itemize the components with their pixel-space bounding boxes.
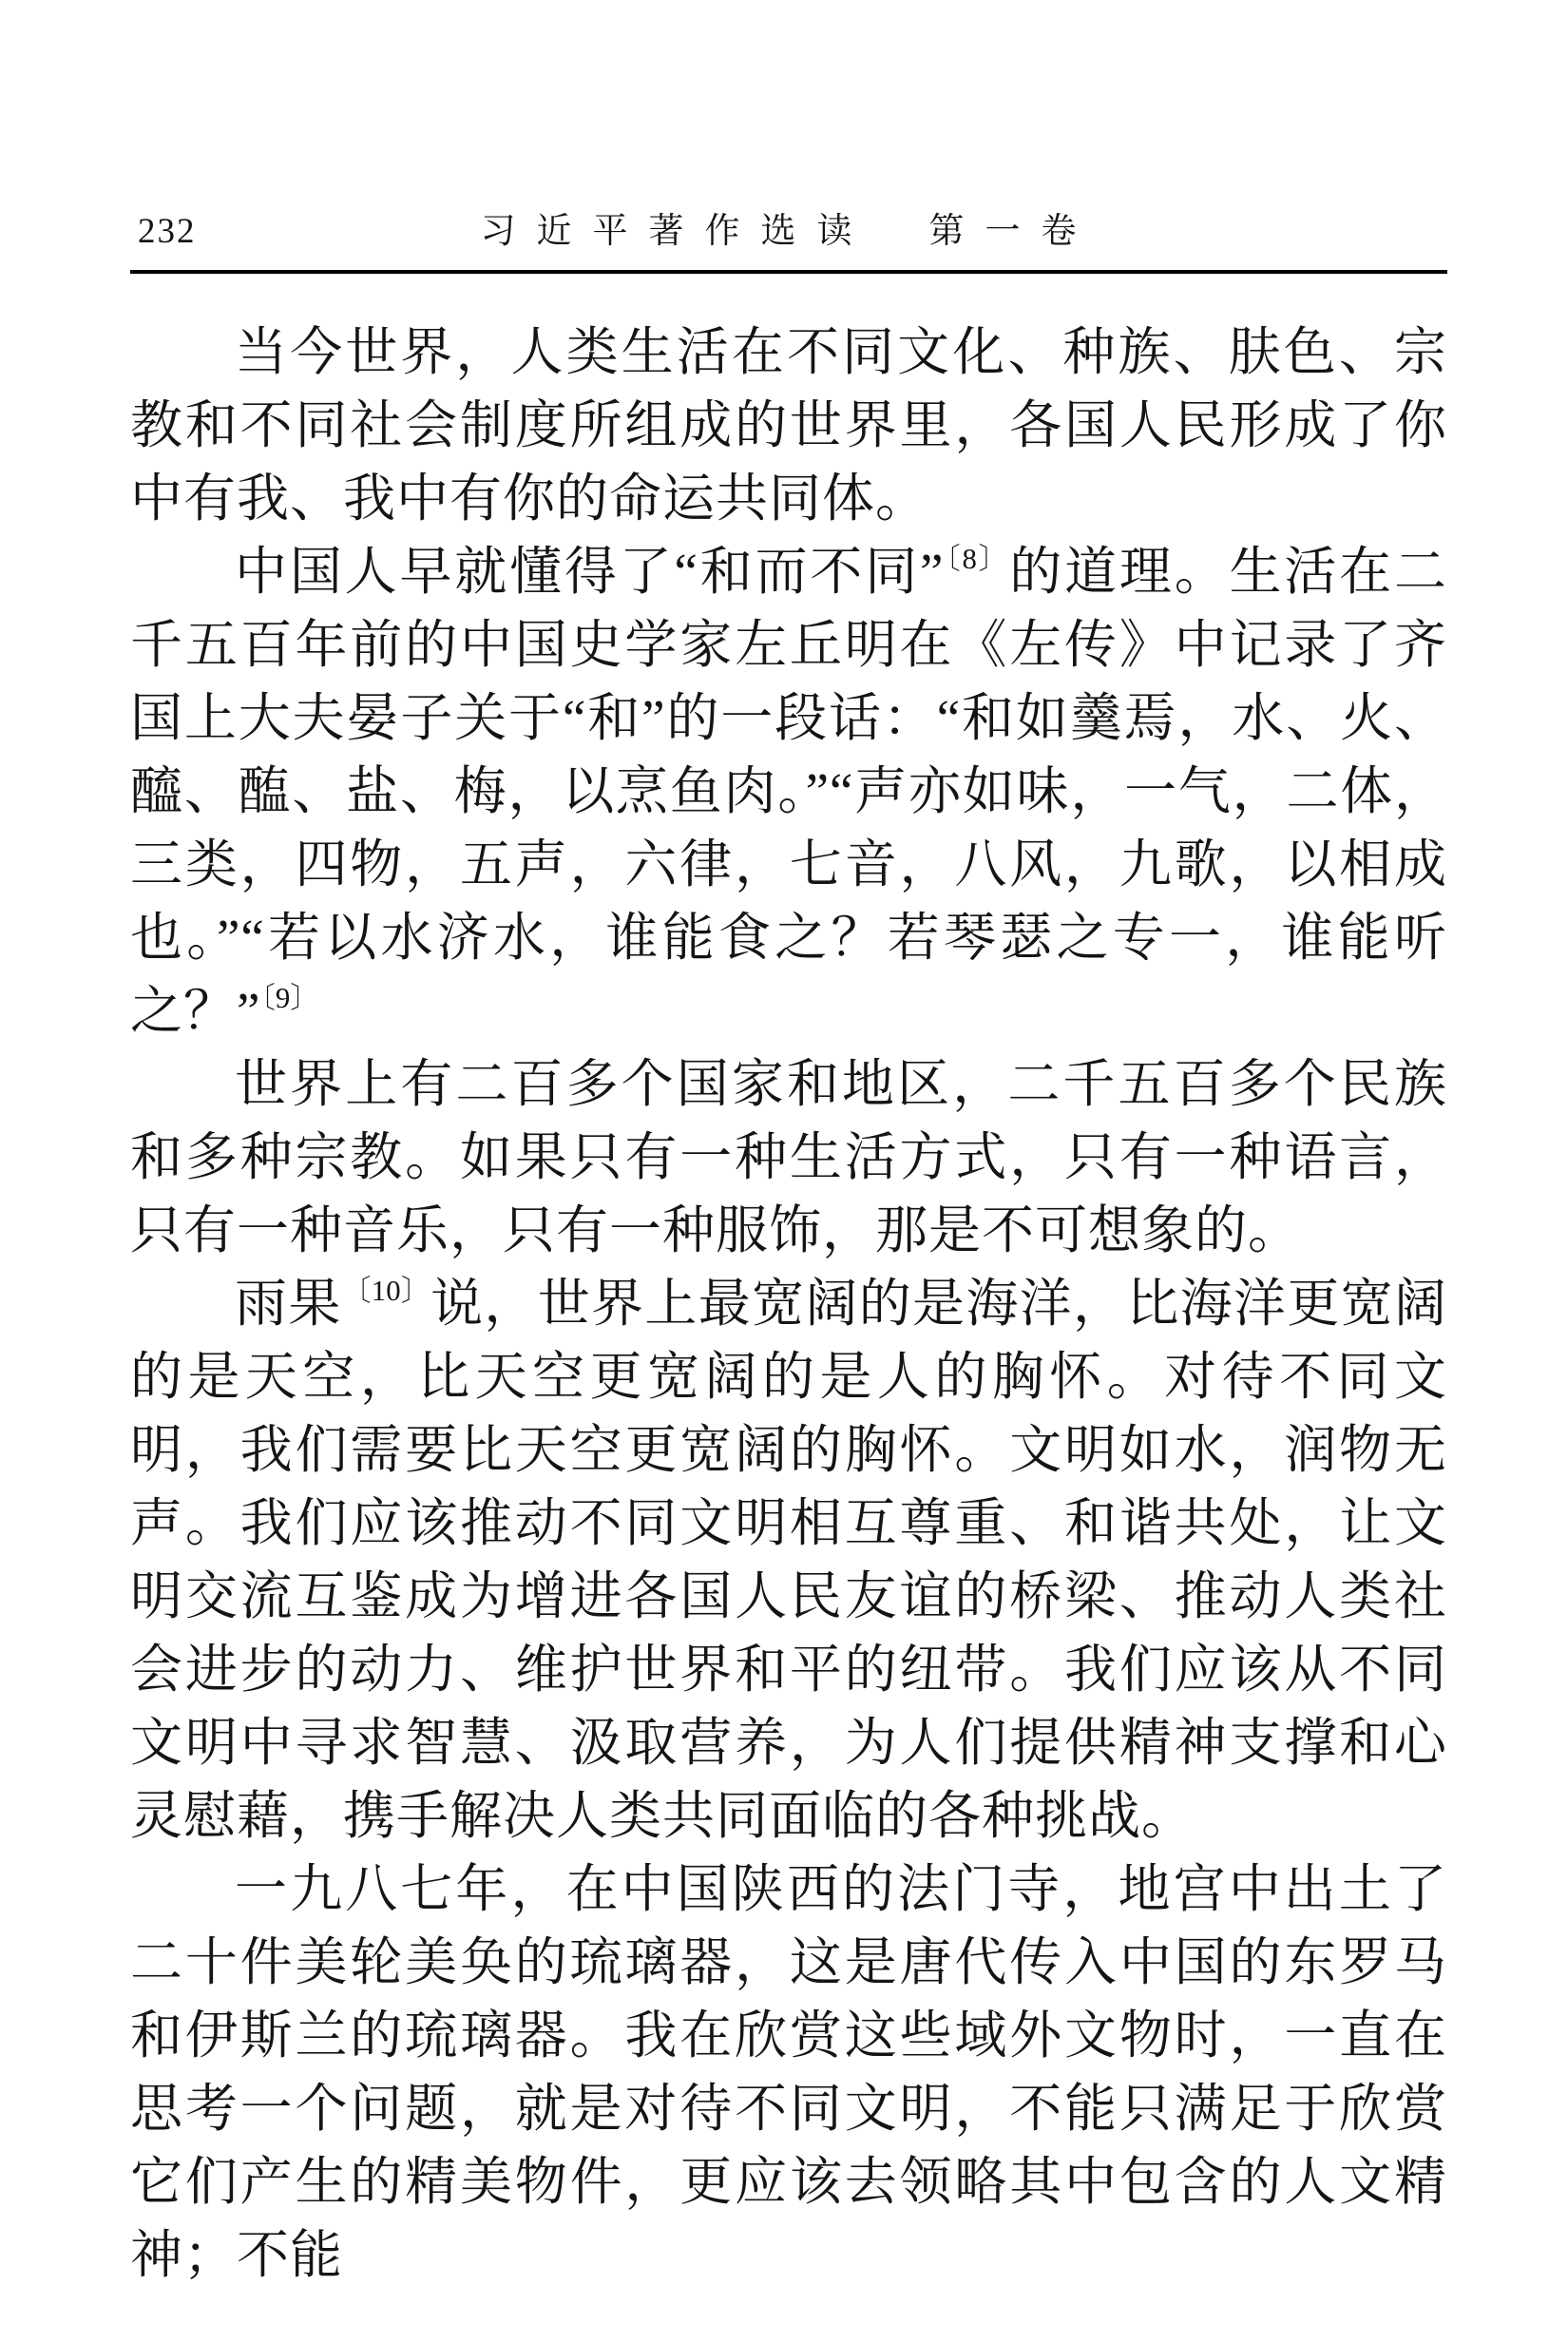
header-rule — [130, 270, 1447, 274]
book-page: 232 习近平著作选读 第一卷 当今世界，人类生活在不同文化、种族、肤色、宗教和… — [0, 0, 1568, 2343]
footnote-marker: 〔10〕 — [342, 1275, 430, 1307]
page-header: 232 习近平著作选读 第一卷 — [130, 211, 1447, 253]
paragraph-text: 雨果 — [235, 1275, 342, 1333]
paragraph: 世界上有二百多个国家和地区，二千五百多个民族和多种宗教。如果只有一种生活方式，只… — [130, 1047, 1447, 1267]
footnote-marker: 〔8〕 — [944, 543, 1009, 575]
paragraph: 当今世界，人类生活在不同文化、种族、肤色、宗教和不同社会制度所组成的世界里，各国… — [130, 316, 1447, 535]
page-body: 当今世界，人类生活在不同文化、种族、肤色、宗教和不同社会制度所组成的世界里，各国… — [130, 316, 1447, 2292]
paragraph-text: 当今世界，人类生活在不同文化、种族、肤色、宗教和不同社会制度所组成的世界里，各国… — [130, 323, 1447, 528]
paragraph-text: 一九八七年，在中国陕西的法门寺，地宫中出土了二十件美轮美奂的琉璃器，这是唐代传入… — [130, 1860, 1447, 2284]
paragraph-text: 世界上有二百多个国家和地区，二千五百多个民族和多种宗教。如果只有一种生活方式，只… — [130, 1055, 1447, 1259]
paragraph: 一九八七年，在中国陕西的法门寺，地宫中出土了二十件美轮美奂的琉璃器，这是唐代传入… — [130, 1853, 1447, 2292]
paragraph: 雨果〔10〕说，世界上最宽阔的是海洋，比海洋更宽阔的是天空，比天空更宽阔的是人的… — [130, 1267, 1447, 1853]
paragraph-text: 的道理。生活在二千五百年前的中国史学家左丘明在《左传》中记录了齐国上大夫晏子关于… — [130, 543, 1447, 1040]
paragraph: 中国人早就懂得了“和而不同”〔8〕的道理。生活在二千五百年前的中国史学家左丘明在… — [130, 535, 1447, 1047]
paragraph-text: 说，世界上最宽阔的是海洋，比海洋更宽阔的是天空，比天空更宽阔的是人的胸怀。对待不… — [130, 1275, 1447, 1845]
running-title: 习近平著作选读 第一卷 — [130, 211, 1447, 253]
paragraph-text: 中国人早就懂得了“和而不同” — [235, 543, 944, 601]
footnote-marker: 〔9〕 — [260, 982, 319, 1014]
